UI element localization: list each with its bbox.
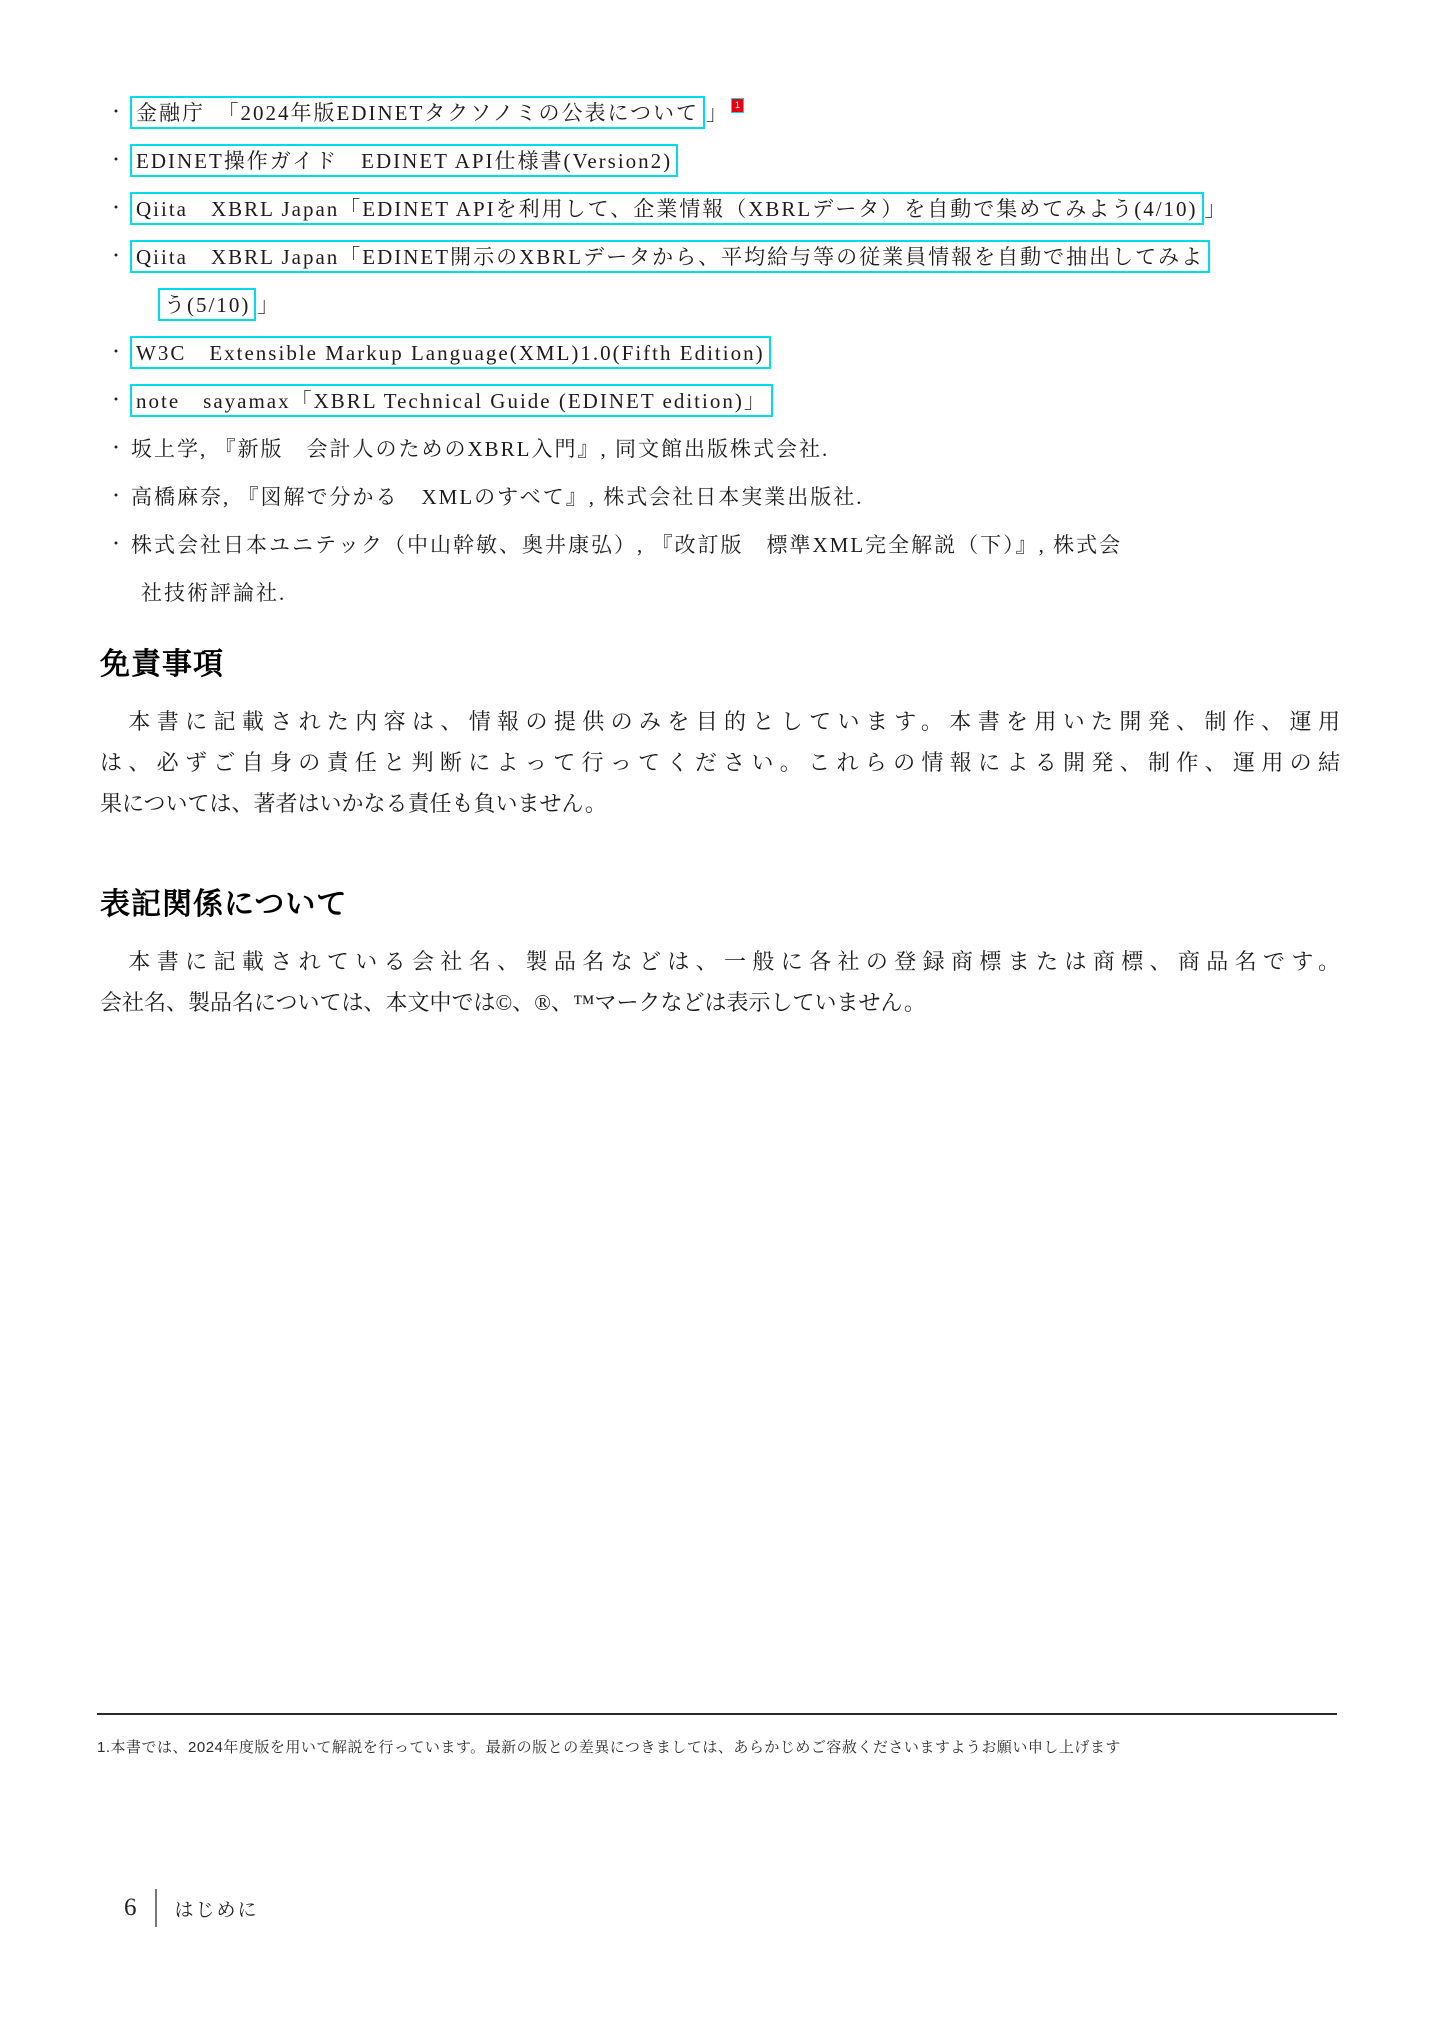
footer-divider (155, 1889, 157, 1927)
list-item: ・Qiita XBRL Japan「EDINET開示のXBRLデータから、平均給… (100, 233, 1340, 281)
reference-text: 高橋麻奈, 『図解で分かる XMLのすべて』, 株式会社日本実業出版社. (130, 485, 864, 509)
bullet-icon: ・ (108, 521, 124, 569)
paragraph-line: 果については、著者はいかなる責任も負いません。 (100, 783, 1340, 824)
list-item: ・株式会社日本ユニテック（中山幹敏、奥井康弘）, 『改訂版 標準XML完全解説（… (100, 521, 1340, 569)
footer-section-title: はじめに (175, 1895, 259, 1922)
list-item: ・金融庁 「2024年版EDINETタクソノミの公表について」1 (100, 89, 1340, 137)
reference-text: 株式会社日本ユニテック（中山幹敏、奥井康弘）, 『改訂版 標準XML完全解説（下… (130, 533, 1122, 557)
document-page: ・金融庁 「2024年版EDINETタクソノミの公表について」1 ・EDINET… (0, 0, 1433, 2024)
paragraph-line: 本書に記載された内容は、情報の提供のみを目的としています。本書を用いた開発、制作… (100, 701, 1340, 742)
list-item: ・高橋麻奈, 『図解で分かる XMLのすべて』, 株式会社日本実業出版社. (100, 473, 1340, 521)
list-item: ・EDINET操作ガイド EDINET API仕様書(Version2) (100, 137, 1340, 185)
reference-text: 社技術評論社. (140, 581, 286, 605)
reference-text: 坂上学, 『新版 会計人のためのXBRL入門』, 同文館出版株式会社. (130, 437, 829, 461)
footnote-number: 1. (97, 1739, 111, 1756)
bullet-icon: ・ (108, 329, 124, 377)
reference-text: 」 (705, 101, 729, 125)
footnote-text: 本書では、2024年度版を用いて解説を行っています。最新の版との差異につきまして… (111, 1739, 1121, 1756)
paragraph-line: は、必ずご自身の責任と判断によって行ってください。これらの情報による開発、制作、… (100, 742, 1340, 783)
notation-paragraph: 本書に記載されている会社名、製品名などは、一般に各社の登録商標または商標、商品名… (100, 941, 1340, 1023)
section-heading-notation: 表記関係について (100, 885, 1340, 925)
bullet-icon: ・ (108, 137, 124, 185)
reference-link[interactable]: 金融庁 「2024年版EDINETタクソノミの公表について (130, 96, 705, 129)
page-content: ・金融庁 「2024年版EDINETタクソノミの公表について」1 ・EDINET… (100, 0, 1340, 1023)
reference-text: 」 (256, 293, 280, 317)
reference-link[interactable]: EDINET操作ガイド EDINET API仕様書(Version2) (130, 144, 678, 177)
reference-text: 」 (1204, 197, 1228, 221)
bullet-icon: ・ (108, 425, 124, 473)
list-item-continuation: う(5/10)」 (100, 281, 1340, 329)
paragraph-line: 本書に記載されている会社名、製品名などは、一般に各社の登録商標または商標、商品名… (100, 941, 1340, 982)
reference-link[interactable]: note sayamax「XBRL Technical Guide (EDINE… (130, 384, 773, 417)
bullet-icon: ・ (108, 89, 124, 137)
list-item-continuation: 社技術評論社. (100, 569, 1340, 617)
bullet-icon: ・ (108, 233, 124, 281)
list-item: ・坂上学, 『新版 会計人のためのXBRL入門』, 同文館出版株式会社. (100, 425, 1340, 473)
reference-link[interactable]: Qiita XBRL Japan「EDINET APIを利用して、企業情報（XB… (130, 192, 1204, 225)
reference-link[interactable]: Qiita XBRL Japan「EDINET開示のXBRLデータから、平均給与… (130, 240, 1210, 273)
footnote-ref-marker[interactable]: 1 (731, 98, 744, 113)
disclaimer-paragraph: 本書に記載された内容は、情報の提供のみを目的としています。本書を用いた開発、制作… (100, 701, 1340, 824)
reference-link[interactable]: う(5/10) (158, 288, 256, 321)
reference-link[interactable]: W3C Extensible Markup Language(XML)1.0(F… (130, 336, 771, 369)
list-item: ・W3C Extensible Markup Language(XML)1.0(… (100, 329, 1340, 377)
footnote: 1.本書では、2024年度版を用いて解説を行っています。最新の版との差異につきま… (97, 1713, 1337, 1757)
bullet-icon: ・ (108, 473, 124, 521)
bullet-icon: ・ (108, 185, 124, 233)
reference-list: ・金融庁 「2024年版EDINETタクソノミの公表について」1 ・EDINET… (100, 0, 1340, 617)
list-item: ・Qiita XBRL Japan「EDINET APIを利用して、企業情報（X… (100, 185, 1340, 233)
page-number: 6 (124, 1894, 137, 1922)
list-item: ・note sayamax「XBRL Technical Guide (EDIN… (100, 377, 1340, 425)
bullet-icon: ・ (108, 377, 124, 425)
paragraph-line: 会社名、製品名については、本文中では©、®、™マークなどは表示していません。 (100, 982, 1340, 1023)
page-footer: 6 はじめに (124, 1889, 259, 1927)
section-heading-disclaimer: 免責事項 (100, 645, 1340, 685)
